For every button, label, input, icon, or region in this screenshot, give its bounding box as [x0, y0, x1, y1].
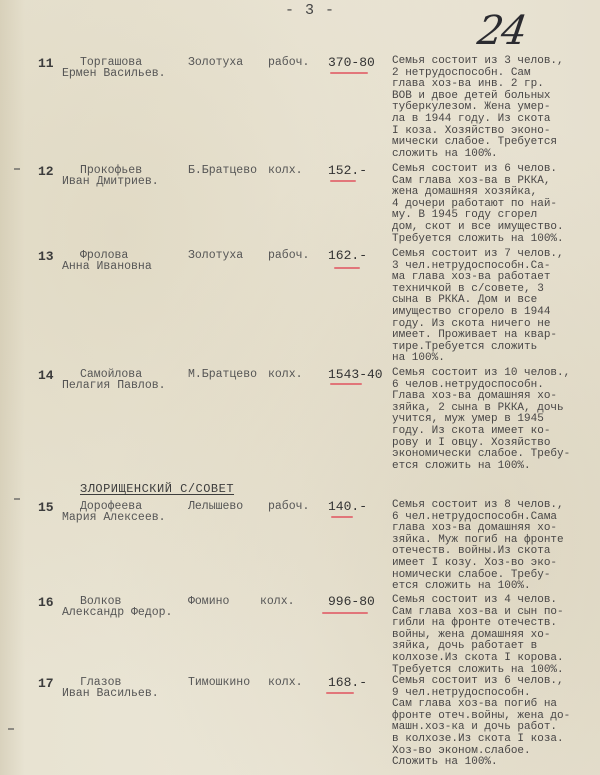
entry-village: Б.Братцево	[188, 164, 257, 177]
entry-category: колх.	[268, 164, 303, 177]
entry-category: рабоч.	[268, 500, 309, 513]
entry-given-name: Ермен Васильев.	[62, 67, 166, 80]
entry-amount: 152.-	[328, 163, 367, 178]
entry-given-name: Анна Ивановна	[62, 260, 152, 273]
entry-category: колх.	[268, 676, 303, 689]
entry-amount: 370-80	[328, 55, 375, 70]
entry-given-name: Иван Дмитриев.	[62, 175, 159, 188]
red-underline	[334, 267, 360, 269]
entry-description: Семья состоит из 6 челов. Сам глава хоз-…	[392, 164, 592, 245]
entry-number: 17	[38, 676, 54, 691]
entry-amount: 168.-	[328, 675, 367, 690]
entry-amount: 162.-	[328, 248, 367, 263]
entry-amount: 996-80	[328, 594, 375, 609]
entry-description: Семья состоит из 6 челов., 9 чел.нетрудо…	[392, 676, 592, 769]
entry-given-name: Иван Васильев.	[62, 687, 159, 700]
entry-given-name: Пелагия Павлов.	[62, 379, 166, 392]
entry-amount: 140.-	[328, 499, 367, 514]
red-underline	[331, 516, 353, 518]
entry-category: колх.	[268, 368, 303, 381]
entry-village: М.Братцево	[188, 368, 257, 381]
red-underline	[322, 612, 368, 614]
red-underline	[326, 692, 354, 694]
entry-description: Семья состоит из 8 челов., 6 чел.нетрудо…	[392, 500, 592, 593]
document-page: - 3 - 24 11 Торгашова Ермен Васильев. Зо…	[0, 0, 600, 775]
entry-category: рабоч.	[268, 249, 309, 262]
red-underline	[330, 72, 368, 74]
entry-amount: 1543-40	[328, 367, 383, 382]
entry-number: 13	[38, 249, 54, 264]
entry-number: 12	[38, 164, 54, 179]
entry-number: 15	[38, 500, 54, 515]
entry-number: 11	[38, 56, 54, 71]
red-underline	[330, 180, 356, 182]
entry-village: Золотуха	[188, 249, 243, 262]
section-heading: ЗЛОРИЩЕНСКИЙ С/СОВЕТ	[80, 482, 234, 496]
entry-village: Золотуха	[188, 56, 243, 69]
entry-given-name: Мария Алексеев.	[62, 511, 166, 524]
entry-description: Семья состоит из 3 челов., 2 нетрудоспос…	[392, 56, 592, 160]
entry-village: Фомино	[188, 595, 229, 608]
entry-description: Семья состоит из 4 челов. Сам глава хоз-…	[392, 595, 592, 676]
entry-given-name: Александр Федор.	[62, 606, 172, 619]
entry-category: колх.	[260, 595, 295, 608]
entry-number: 16	[38, 595, 54, 610]
entry-description: Семья состоит из 10 челов., 6 челов.нетр…	[392, 368, 592, 472]
entry-village: Тимошкино	[188, 676, 250, 689]
red-underline	[330, 383, 362, 385]
margin-mark	[8, 728, 14, 730]
entry-number: 14	[38, 368, 54, 383]
margin-mark	[14, 168, 20, 170]
page-number: - 3 -	[285, 2, 335, 19]
entry-category: рабоч.	[268, 56, 309, 69]
entry-description: Семья состоит из 7 челов., 3 чел.нетрудо…	[392, 249, 592, 365]
margin-mark	[14, 498, 20, 500]
handwritten-archive-number: 24	[475, 8, 528, 54]
entry-village: Лелышево	[188, 500, 243, 513]
